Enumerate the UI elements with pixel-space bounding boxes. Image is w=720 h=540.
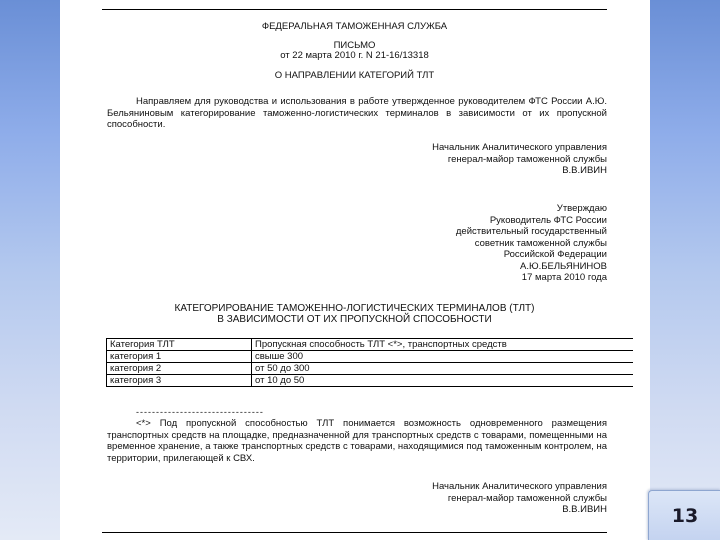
footnote-text: <*> Под пропускной способностью ТЛТ пони…: [107, 418, 607, 464]
table-header-row: Категория ТЛТ Пропускная способность ТЛТ…: [107, 339, 634, 351]
signature-top: Начальник Аналитического управления гене…: [432, 142, 607, 177]
slide-background-left: [0, 0, 60, 540]
approval-line-2: Руководитель ФТС России: [456, 215, 607, 227]
table-title-line-2: В ЗАВИСИМОСТИ ОТ ИХ ПРОПУСКНОЙ СПОСОБНОС…: [102, 314, 607, 325]
table-cell: категория 3: [107, 375, 252, 387]
table-row: категория 1 свыше 300: [107, 351, 634, 363]
footnote-separator: --------------------------------: [136, 407, 264, 417]
slide-number-tab: 13: [648, 490, 720, 540]
doc-date-number: от 22 марта 2010 г. N 21-16/13318: [102, 50, 607, 61]
bottom-rule: [102, 532, 607, 533]
table-cell: от 50 до 300: [252, 363, 634, 375]
table-cell: категория 1: [107, 351, 252, 363]
table-title-line-1: КАТЕГОРИРОВАНИЕ ТАМОЖЕННО-ЛОГИСТИЧЕСКИХ …: [102, 303, 607, 314]
approval-line-3: действительный государственный: [456, 226, 607, 238]
table-row: категория 3 от 10 до 50: [107, 375, 634, 387]
signature-top-rank: генерал-майор таможенной службы: [432, 154, 607, 166]
signature-top-title: Начальник Аналитического управления: [432, 142, 607, 154]
document-page: ФЕДЕРАЛЬНАЯ ТАМОЖЕННАЯ СЛУЖБА ПИСЬМО от …: [60, 0, 650, 540]
table-cell: от 10 до 50: [252, 375, 634, 387]
approval-line-4: советник таможенной службы: [456, 238, 607, 250]
table-header-cell: Категория ТЛТ: [107, 339, 252, 351]
top-rule: [102, 9, 607, 10]
approval-line-7: 17 марта 2010 года: [456, 272, 607, 284]
org-name: ФЕДЕРАЛЬНАЯ ТАМОЖЕННАЯ СЛУЖБА: [102, 21, 607, 32]
approval-line-5: Российской Федерации: [456, 249, 607, 261]
intro-paragraph: Направляем для руководства и использован…: [107, 96, 607, 131]
approval-line-6: А.Ю.БЕЛЬЯНИНОВ: [456, 261, 607, 273]
table-row: категория 2 от 50 до 300: [107, 363, 634, 375]
category-table: Категория ТЛТ Пропускная способность ТЛТ…: [106, 338, 633, 387]
table-cell: свыше 300: [252, 351, 634, 363]
approval-block: Утверждаю Руководитель ФТС России действ…: [456, 203, 607, 284]
table-cell: категория 2: [107, 363, 252, 375]
approval-line-1: Утверждаю: [456, 203, 607, 215]
signature-bottom-rank: генерал-майор таможенной службы: [432, 493, 607, 505]
signature-top-name: В.В.ИВИН: [432, 165, 607, 177]
signature-bottom-name: В.В.ИВИН: [432, 504, 607, 516]
slide-number: 13: [649, 505, 720, 527]
slide-background-right: [650, 0, 720, 540]
signature-bottom-title: Начальник Аналитического управления: [432, 481, 607, 493]
doc-subject: О НАПРАВЛЕНИИ КАТЕГОРИЙ ТЛТ: [102, 70, 607, 81]
signature-bottom: Начальник Аналитического управления гене…: [432, 481, 607, 516]
table-header-cell: Пропускная способность ТЛТ <*>, транспор…: [252, 339, 634, 351]
